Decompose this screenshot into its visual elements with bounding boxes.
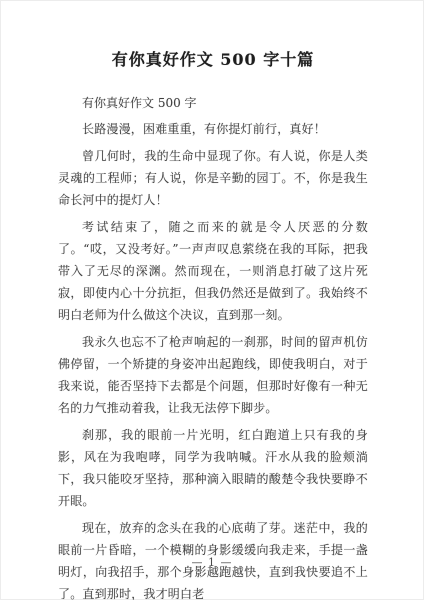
document-subtitle: 有你真好作文 500 字 [58, 92, 368, 114]
paragraph-5: 刹那，我的眼前一片光明，红白跑道上只有我的身影，风在为我咆哮，同学为我呐喊。汗水… [58, 424, 368, 512]
paragraph-4: 我永久也忘不了枪声响起的一刹那，时间的留声机仿佛停留，一个矫捷的身姿冲出起跑线，… [58, 331, 368, 419]
page-number: — 1 — [1, 556, 423, 569]
paragraph-2: 曾几何时，我的生命中显现了你。有人说，你是人类灵魂的工程师；有人说，你是辛勤的园… [58, 145, 368, 211]
document-page: 有你真好作文 500 字十篇 有你真好作文 500 字 长路漫漫，困难重重，有你… [0, 0, 424, 600]
document-title: 有你真好作文 500 字十篇 [58, 47, 368, 70]
paragraph-1: 长路漫漫，困难重重，有你提灯前行，真好！ [58, 118, 368, 140]
paragraph-3: 考试结束了，随之而来的就是令人厌恶的分数了。“哎，又没考好。”一声声叹息萦绕在我… [58, 216, 368, 326]
